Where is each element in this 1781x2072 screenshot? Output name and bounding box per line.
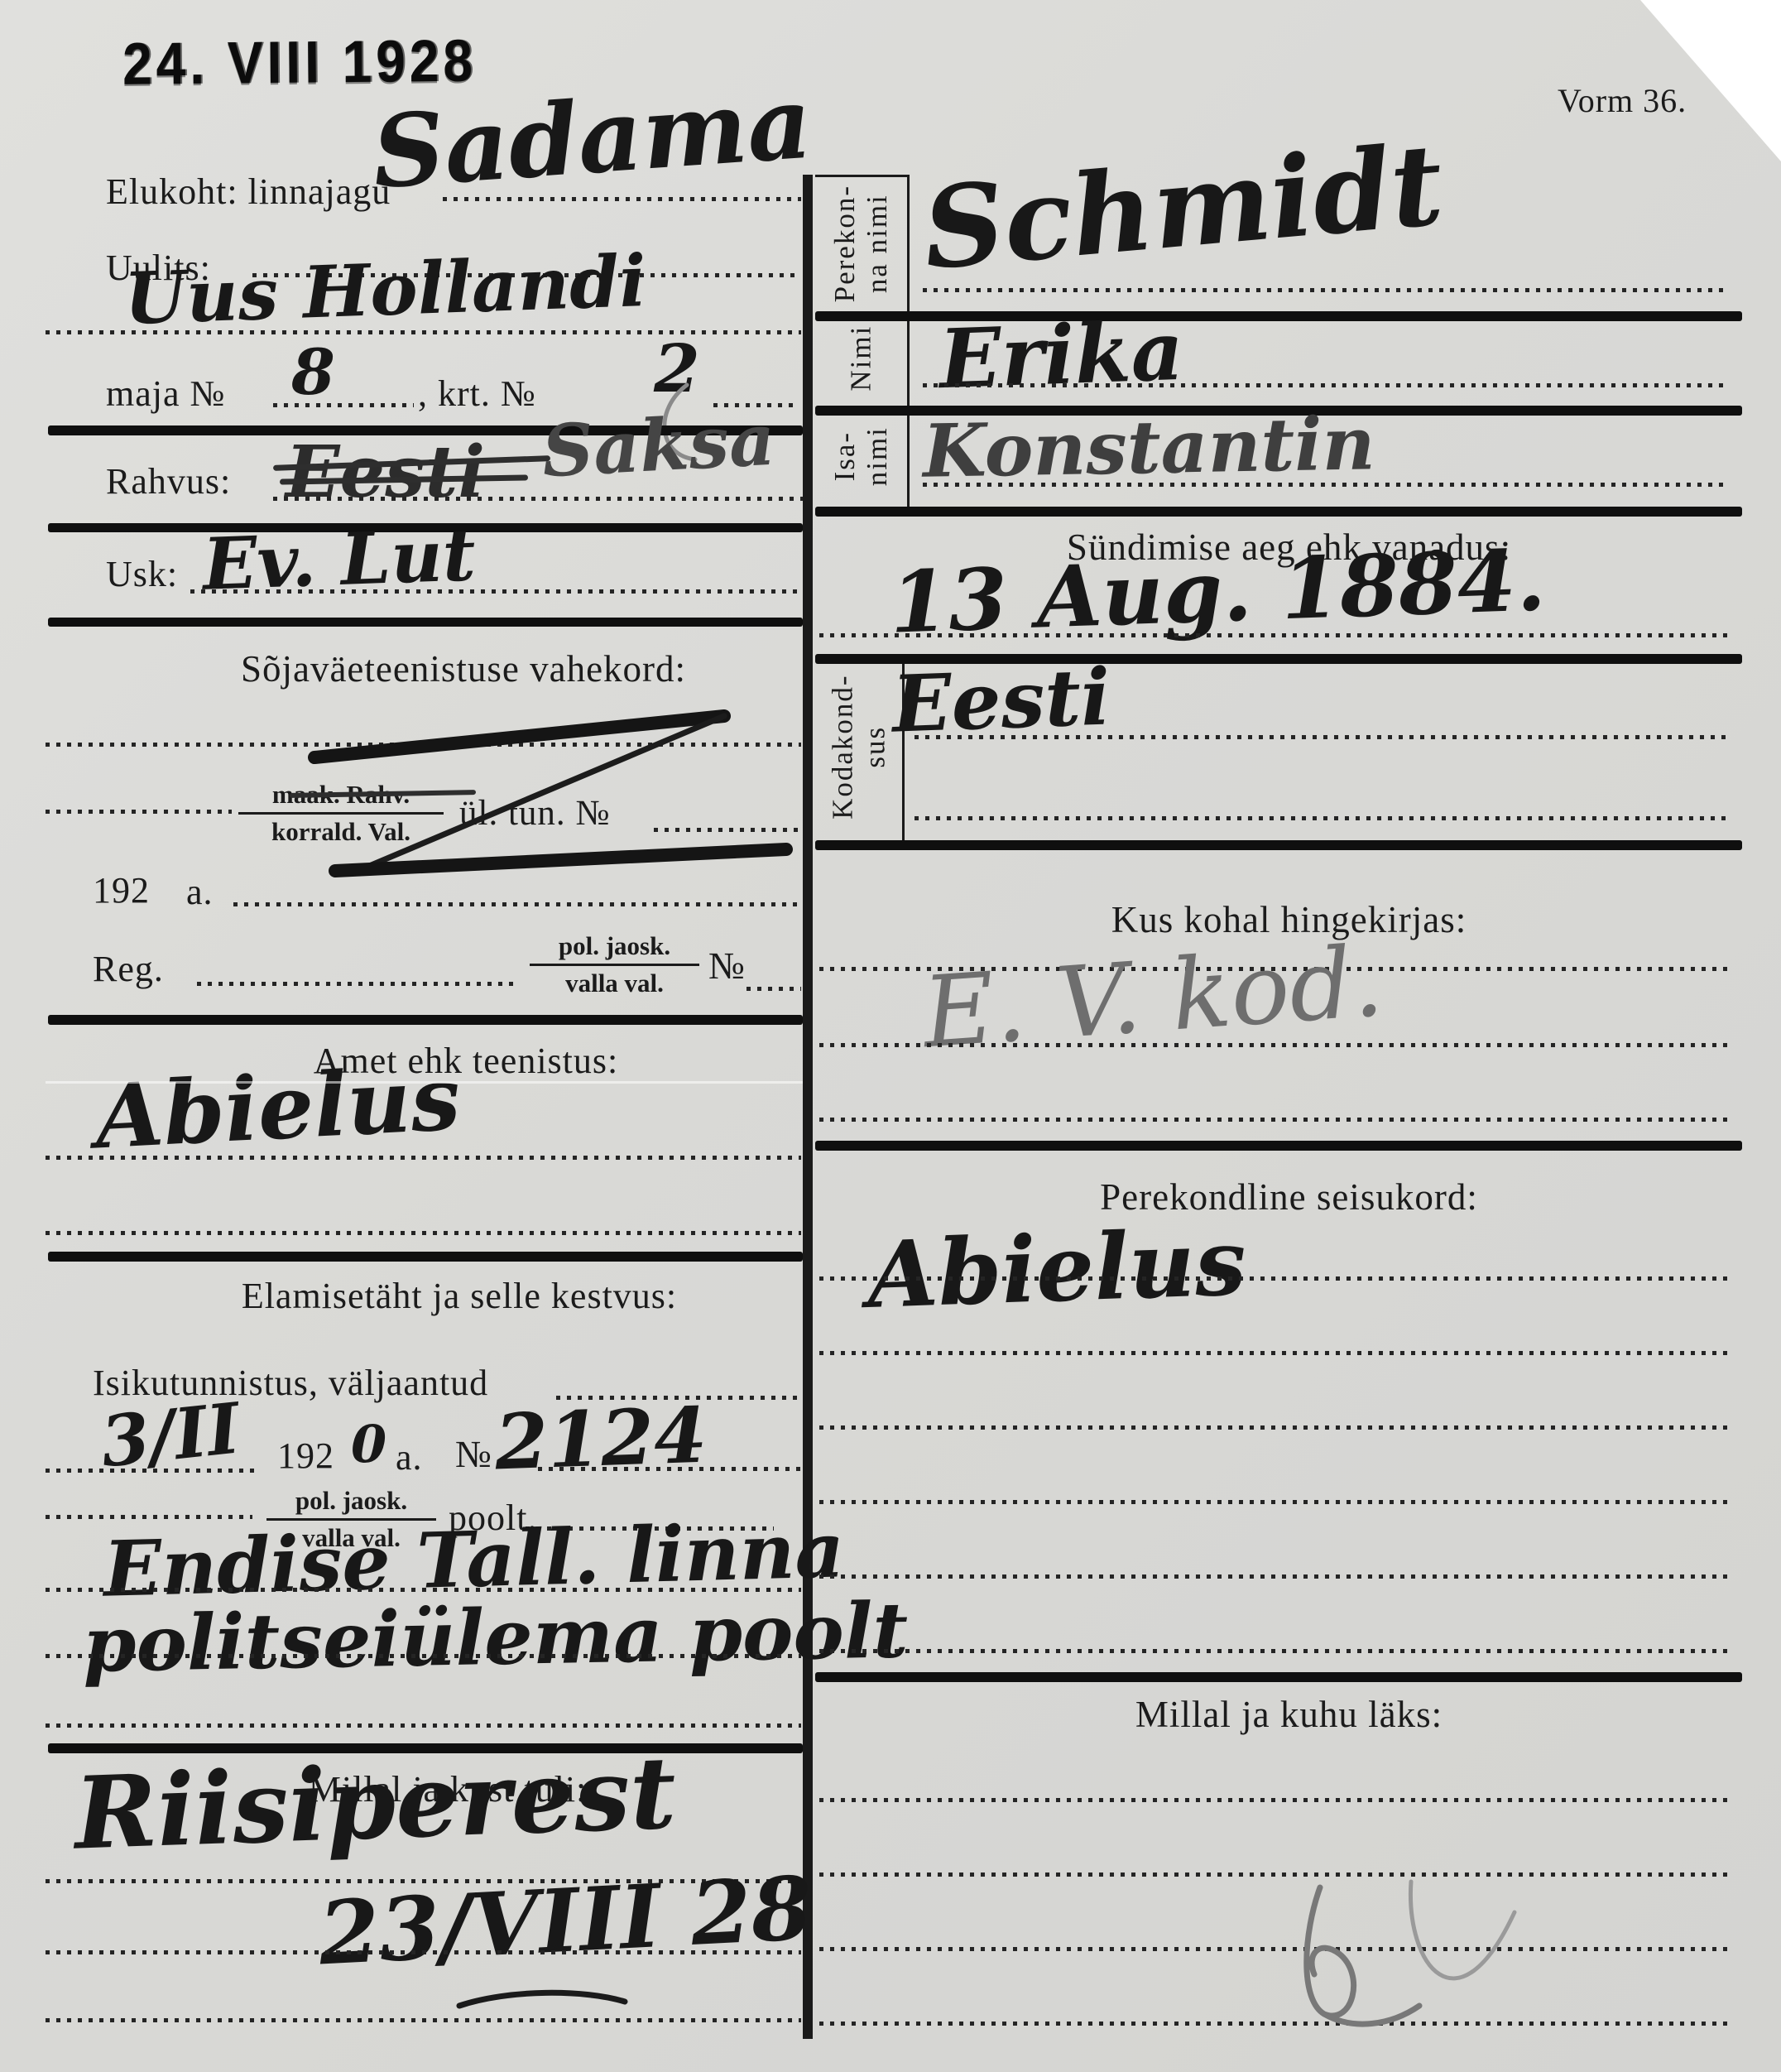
nimi-handwritten-value: Erika — [938, 304, 1185, 407]
nimi-label-box: Nimi — [815, 311, 906, 406]
kodakondsus-label-line2: sus — [859, 675, 891, 820]
perekonnanimi-label-line1: Perekon- — [828, 185, 861, 302]
laks-header: Millal ja kuhu läks: — [815, 1693, 1763, 1736]
maja-label: maja № — [106, 373, 226, 415]
isanimi-handwritten-value: Konstantin — [922, 400, 1375, 494]
dotted-line — [46, 1723, 801, 1728]
center-divider-line — [803, 175, 813, 2039]
isanimi-label-box: Isa- nimi — [815, 406, 906, 507]
amet-handwritten-value: Abielus — [93, 1046, 463, 1169]
rahvus-crossed-value: Eesti — [286, 430, 485, 514]
isik-year-suffix: a. — [396, 1436, 423, 1478]
dotted-line — [273, 497, 803, 501]
dotted-line — [538, 1467, 801, 1471]
dotted-line — [46, 1654, 801, 1658]
dotted-line — [46, 2018, 801, 2022]
isik-year-handwritten-digit: 0 — [351, 1414, 386, 1474]
krt-label: , krt. № — [418, 373, 536, 415]
dotted-line — [746, 987, 801, 991]
sojavae-header: Sõjaväeteenistuse vahekord: — [166, 647, 761, 690]
elukoht-label: Elukoht: linnajagu — [106, 171, 391, 213]
maja-handwritten-value: 8 — [291, 335, 335, 409]
dotted-line — [819, 1649, 1730, 1653]
perekonnanimi-label-box: Perekon- na nimi — [815, 176, 906, 311]
rahvus-handwritten-value: Saksa — [540, 398, 777, 494]
dotted-line — [915, 735, 1730, 739]
issuer-handwritten-line2: politseiülema poolt — [82, 1585, 909, 1689]
pol-fraction: pol. jaosk. valla val. — [530, 931, 699, 998]
isik-no-label: № — [455, 1432, 492, 1476]
isik-no-handwritten-value: 2124 — [493, 1391, 708, 1488]
dotted-line — [923, 483, 1730, 487]
tuli-handwritten-line2: 23/VIII 28 — [316, 1856, 814, 1984]
registration-form-scan: 24. VIII 1928 Vorm 36. Elukoht: linnajag… — [0, 0, 1781, 2072]
seisukord-header: Perekondline seisukord: — [815, 1175, 1763, 1219]
dotted-line — [46, 1231, 801, 1235]
dotted-line — [819, 1574, 1730, 1579]
dotted-line — [819, 1425, 1730, 1430]
date-stamp: 24. VIII 1928 — [122, 26, 478, 98]
year-prefix: 192 — [93, 869, 150, 911]
form-number: Vorm 36. — [1558, 81, 1687, 120]
dotted-line — [819, 633, 1730, 637]
thick-rule — [48, 618, 803, 627]
isik-year-prefix: 192 — [277, 1435, 334, 1477]
dotted-line — [233, 902, 801, 906]
thick-rule — [815, 507, 1742, 517]
dotted-line — [819, 1276, 1730, 1281]
pol-fraction-bottom: valla val. — [530, 964, 699, 998]
year-suffix: a. — [186, 871, 214, 913]
dotted-line — [46, 1515, 252, 1519]
seisukord-handwritten-value: Abielus — [866, 1209, 1248, 1329]
isanimi-label-line1: Isa- — [828, 411, 861, 502]
thick-rule — [815, 1672, 1742, 1682]
dotted-line — [46, 810, 232, 814]
dotted-line — [819, 1500, 1730, 1504]
paper-crease — [46, 1081, 803, 1084]
thick-rule — [48, 1252, 803, 1262]
rahvus-label: Rahvus: — [106, 460, 231, 502]
dotted-line — [819, 1798, 1730, 1802]
dotted-line — [46, 1469, 257, 1473]
uulits-handwritten-value: Uus Hollandi — [122, 239, 647, 341]
dotted-line — [197, 982, 520, 986]
dotted-line — [46, 1156, 801, 1160]
dotted-line — [923, 288, 1730, 292]
pol-fraction-2-top: pol. jaosk. — [266, 1486, 436, 1516]
tuli-handwritten-line1: Riisiperest — [73, 1734, 678, 1872]
usk-label: Usk: — [106, 553, 178, 595]
hingekirjas-handwritten-value: E. V. kod. — [919, 924, 1387, 1070]
dotted-line — [819, 1351, 1730, 1355]
dotted-line — [915, 816, 1730, 820]
pencil-scribble-mark — [1241, 1875, 1539, 2057]
nimi-label: Nimi — [844, 325, 876, 392]
underline-flourish — [451, 1985, 633, 2018]
dotted-line — [923, 383, 1730, 387]
dotted-line — [819, 1118, 1730, 1122]
isanimi-label-line2: nimi — [861, 411, 893, 502]
z-strike-mark — [265, 695, 794, 894]
dotted-line — [46, 1950, 801, 1954]
kodakondsus-label-box: Kodakond- sus — [815, 654, 902, 840]
perekonnanimi-label-line2: na nimi — [861, 185, 893, 302]
dotted-line — [190, 589, 801, 594]
pol-fraction-top: pol. jaosk. — [530, 931, 699, 961]
thick-rule — [815, 840, 1742, 850]
elamisetaht-header: Elamisetäht ja selle kestvus: — [153, 1275, 766, 1317]
no-label: № — [708, 944, 746, 988]
perekonnanimi-handwritten-value: Schmidt — [918, 118, 1447, 295]
label-column-rule — [907, 176, 910, 507]
thick-rule — [815, 1141, 1742, 1151]
kodakondsus-label-line1: Kodakond- — [826, 675, 858, 820]
dotted-line — [819, 1043, 1730, 1047]
thick-rule — [48, 1015, 803, 1025]
reg-label: Reg. — [93, 948, 164, 990]
